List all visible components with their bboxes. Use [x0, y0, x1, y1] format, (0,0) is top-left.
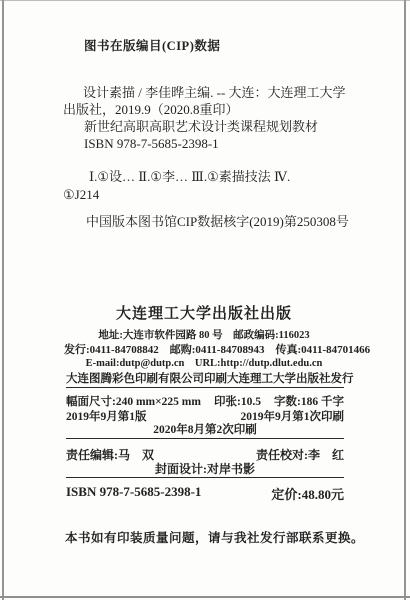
isbn-price-row: ISBN 978-7-5685-2398-1 定价:48.80元	[66, 484, 344, 503]
price: 定价:48.80元	[271, 484, 344, 503]
cip-isbn: ISBN 978-7-5685-2398-1	[84, 136, 219, 152]
cover-designer: 封面设计:对岸书影	[66, 461, 344, 477]
second-print-info: 2020年8月第2次印刷	[66, 422, 344, 438]
cip-classification-line2: ①J214	[63, 187, 99, 203]
printed-sheets: 印张:10.5	[214, 393, 261, 409]
page-edge-top	[0, 0, 410, 1]
cip-entry-line2: 出版社，2019.9（2020.8重印）	[63, 102, 239, 118]
divider-rule-2	[66, 438, 344, 439]
page-edge-bottom	[0, 596, 410, 598]
quality-note: 本书如有印装质量问题，请与我社发行部联系更换。	[65, 530, 364, 546]
publisher-name: 大连理工大学出版社出版	[64, 306, 344, 322]
cip-classification-line1: Ⅰ.①设… Ⅱ.①李… Ⅲ.①素描技法 Ⅳ.	[89, 169, 290, 185]
isbn-number: ISBN 978-7-5685-2398-1	[66, 484, 201, 503]
cip-registry-number: 中国版本图书馆CIP数据核字(2019)第250308号	[86, 214, 349, 230]
book-copyright-page: 图书在版编目(CIP)数据 设计素描 / 李佳晔主编. -- 大连：大连理工大学…	[0, 0, 410, 600]
page-format: 幅面尺寸:240 mm×225 mm	[66, 393, 201, 409]
page-edge-right	[404, 0, 406, 600]
cip-entry-line1: 设计素描 / 李佳晔主编. -- 大连：大连理工大学	[83, 85, 346, 101]
divider-rule-1	[66, 387, 344, 388]
cip-header: 图书在版编目(CIP)数据	[84, 38, 220, 54]
distributor-name: 大连理工大学出版社发行	[227, 370, 354, 386]
divider-rule-3	[66, 477, 344, 478]
page-edge-left	[2, 0, 4, 600]
printer-distributor-row: 大连图腾彩色印刷有限公司印刷 大连理工大学出版社发行	[66, 370, 344, 386]
word-count: 字数:186 千字	[274, 393, 344, 409]
printer-name: 大连图腾彩色印刷有限公司印刷	[66, 370, 227, 386]
format-specs-row: 幅面尺寸:240 mm×225 mm 印张:10.5 字数:186 千字	[66, 393, 344, 409]
cip-series-title: 新世纪高职高职艺术设计类课程规划教材	[84, 119, 318, 135]
